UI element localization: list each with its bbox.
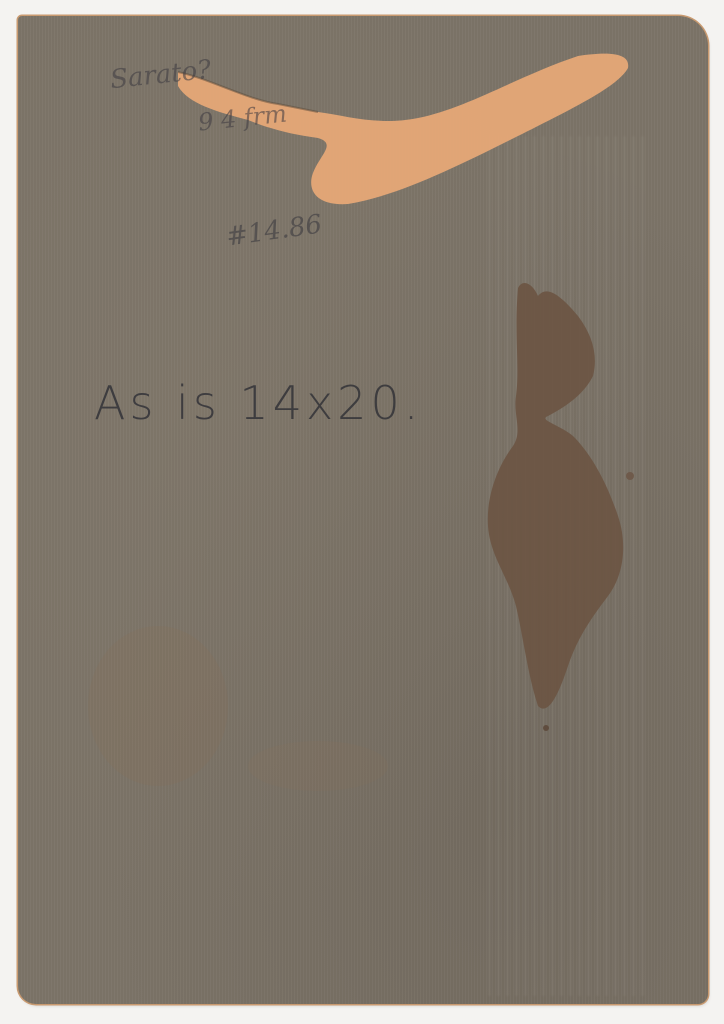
pencil-note-size: As is 14x20.	[94, 376, 422, 430]
brown-stain	[488, 283, 623, 709]
stains-layer	[18, 16, 708, 1004]
foxing-spot	[88, 626, 228, 786]
cabinet-card-back: Sarato? 9 4 frm #14.86 As is 14x20.	[18, 16, 708, 1004]
